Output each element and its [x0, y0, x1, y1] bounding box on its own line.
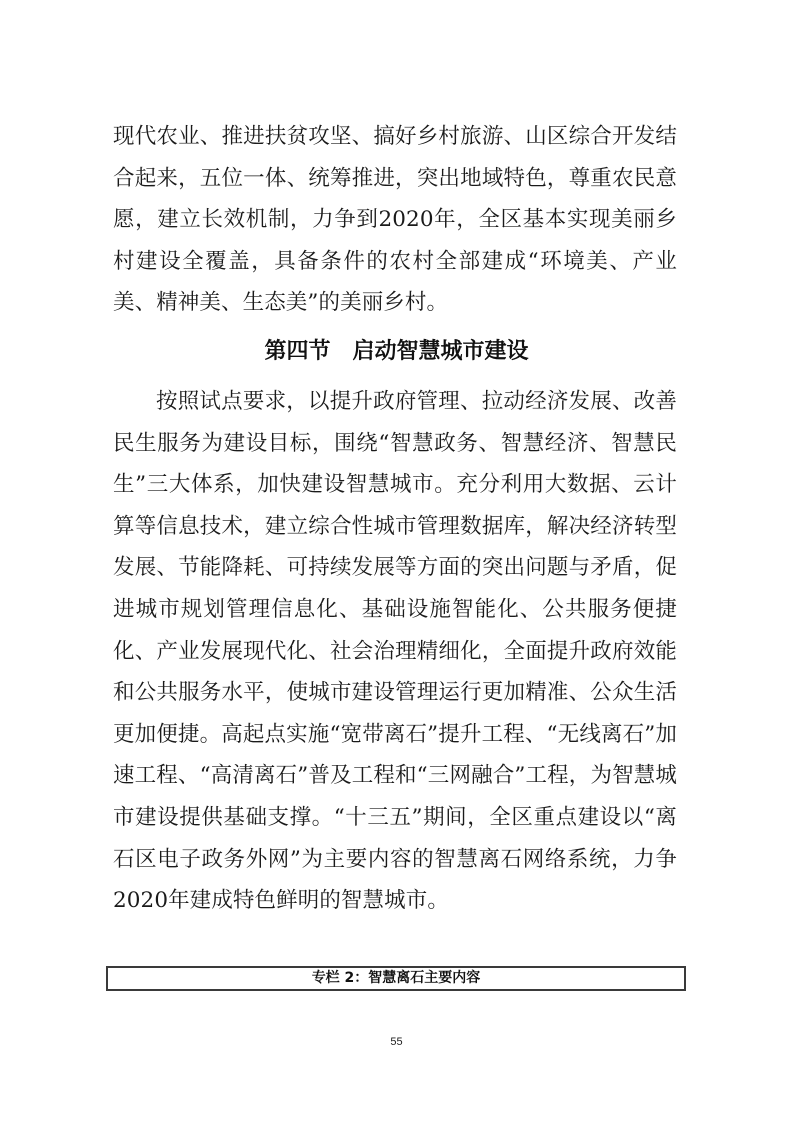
page-number: 55 [0, 1036, 793, 1048]
section-number: 第四节 [264, 339, 330, 364]
paragraph-smart-city: 按照试点要求，以提升政府管理、拉动经济发展、改善民生服务为建设目标，围绕“智慧政… [113, 381, 677, 922]
paragraph-beautiful-villages-continued: 现代农业、推进扶贫攻坚、搞好乡村旅游、山区综合开发结合起来，五位一体、统筹推进，… [113, 116, 677, 324]
column-box-header: 专栏 2：智慧离石主要内容 [106, 966, 686, 991]
document-page: 现代农业、推进扶贫攻坚、搞好乡村旅游、山区综合开发结合起来，五位一体、统筹推进，… [0, 0, 793, 1122]
section-title: 启动智慧城市建设 [353, 339, 529, 364]
column-box-title: 专栏 2：智慧离石主要内容 [312, 970, 481, 986]
section-heading: 第四节启动智慧城市建设 [0, 331, 793, 373]
